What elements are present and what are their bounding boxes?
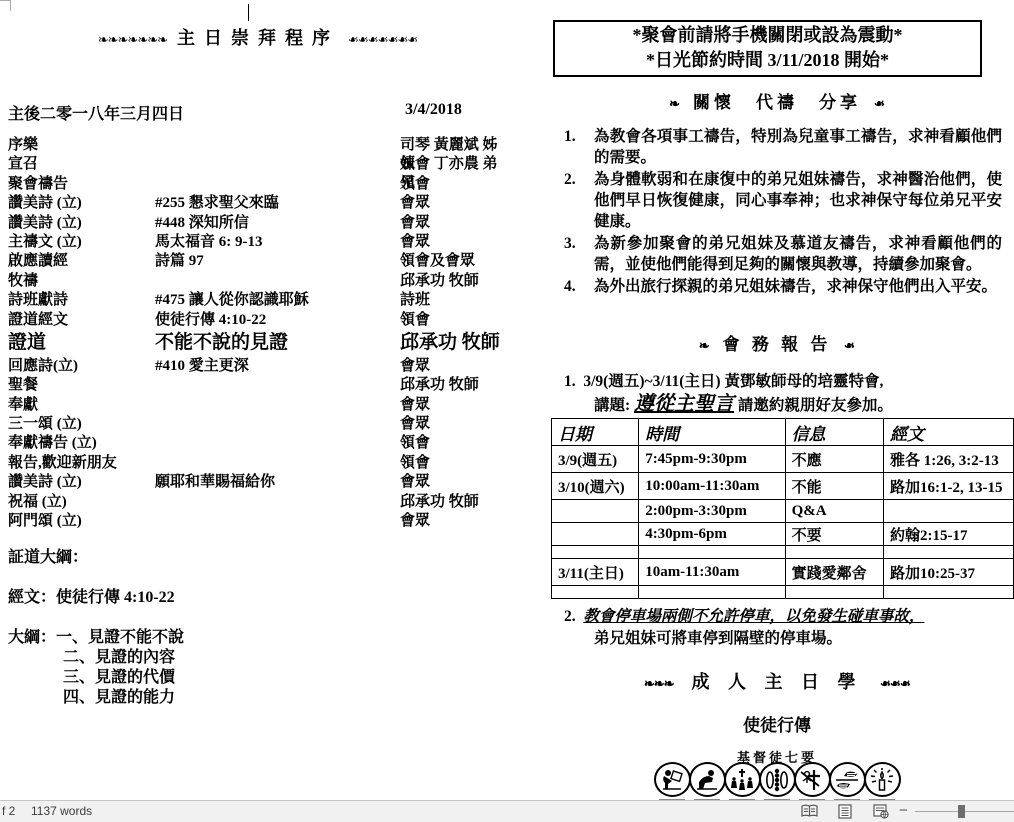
table-row	[552, 586, 1014, 599]
notice-line1: *聚會前請將手機關閉或設為震動*	[555, 23, 980, 48]
report-title-text: 會 務 報 告	[723, 335, 832, 354]
ornament-icon: ❧	[669, 96, 679, 111]
view-switcher	[800, 803, 890, 819]
program-row: 證道經文使徒行傳 4:10-22領會	[8, 311, 508, 330]
care-item: 2.為身體軟弱和在康復中的弟兄姐妹禱告，求神醫治他們，使他們早日恢復健康，同心事…	[564, 169, 1002, 232]
program-item: 讚美詩 (立)	[8, 473, 155, 492]
table-cell	[552, 523, 639, 546]
table-cell: 3/9(週五)	[552, 446, 639, 473]
program-detail: #448 深知所信	[155, 214, 400, 233]
outline-point-text: 一、見證不能不說	[56, 629, 184, 646]
program-item: 讚美詩 (立)	[8, 214, 155, 233]
communion-fish-icon	[759, 762, 796, 797]
table-row	[552, 546, 1014, 559]
revival-topic: 遵從主聖言	[634, 393, 734, 415]
care-item-number: 4.	[564, 276, 594, 297]
table-cell	[785, 546, 883, 559]
program-detail: 不能不說的見證	[155, 330, 400, 355]
program-item: 詩班獻詩	[8, 291, 155, 310]
program-row: 聚會禱告領會	[8, 175, 508, 194]
program-item: 阿門頌 (立)	[8, 512, 155, 531]
page-left: ❧❧❧❧❧❧❧主日崇拜程序❧❧❧❧❧❧❧ 主後二零一八年三月四日 3/4/201…	[8, 0, 508, 800]
program-who: 會眾	[400, 396, 508, 415]
program-item: 牧禱	[8, 272, 155, 291]
program-who: 會眾	[400, 214, 508, 233]
web-layout-icon[interactable]	[872, 803, 890, 819]
program-item: 聖餐	[8, 376, 155, 395]
outline-point: 二、見證的內容	[8, 648, 508, 668]
read-mode-icon[interactable]	[800, 803, 818, 819]
revival-schedule-table: 日期時間信息經文 3/9(週五)7:45pm-9:30pm不應雅各 1:26, …	[551, 418, 1014, 599]
ornament-chain-right: ❧❧❧❧❧❧❧	[349, 32, 418, 48]
table-body: 3/9(週五)7:45pm-9:30pm不應雅各 1:26, 3:2-133/1…	[552, 446, 1014, 599]
care-section-title: ❧關懷 代禱 分享❧	[540, 88, 1014, 113]
program-detail: 使徒行傳 4:10-22	[155, 311, 400, 330]
program-row: 序樂司琴 黃麗斌 姊妹	[8, 136, 508, 155]
program-item: 證道經文	[8, 311, 155, 330]
table-cell: 不應	[785, 446, 883, 473]
program-item: 序樂	[8, 136, 155, 155]
program-row: 宣召領會 丁亦農 弟兄	[8, 155, 508, 174]
care-item-text: 為外出旅行探親的弟兄姐妹禱告，求神保守他們出入平安。	[594, 276, 1002, 297]
table-row: 3/9(週五)7:45pm-9:30pm不應雅各 1:26, 3:2-13	[552, 446, 1014, 473]
care-item-number: 1.	[564, 126, 594, 168]
offering-hands-icon	[829, 762, 866, 797]
page-indicator[interactable]: f 2	[2, 804, 15, 818]
program-who: 會眾	[400, 233, 508, 252]
date-english: 3/4/2018	[405, 101, 462, 119]
table-cell	[552, 586, 639, 599]
table-cell	[884, 586, 1014, 599]
cross-bearing-icon	[794, 762, 831, 797]
program-detail: 願耶和華賜福給你	[155, 473, 400, 492]
worship-gathering-icon	[724, 762, 761, 797]
care-title-text: 關懷 代禱 分享	[693, 93, 861, 112]
care-item: 1.為教會各項事工禱告，特別為兒童事工禱告，求神看顧他們的需要。	[564, 126, 1002, 168]
table-header-cell: 經文	[884, 419, 1014, 446]
care-item-text: 為身體軟弱和在康復中的弟兄姐妹禱告，求神醫治他們，使他們早日恢復健康，同心事奉神…	[594, 169, 1002, 232]
table-cell: 雅各 1:26, 3:2-13	[884, 446, 1014, 473]
outline-point: 三、見證的代價	[8, 668, 508, 688]
table-cell	[639, 586, 785, 599]
table-row: 3/11(主日)10am-11:30am實踐愛鄰舍路加10:25-37	[552, 559, 1014, 586]
table-cell: 不能	[785, 473, 883, 500]
zoom-slider-thumb[interactable]	[958, 805, 965, 818]
program-who: 會眾	[400, 473, 508, 492]
program-row: 讚美詩 (立)#255 懇求聖父來臨會眾	[8, 194, 508, 213]
care-item: 4.為外出旅行探親的弟兄姐妹禱告，求神保守他們出入平安。	[564, 276, 1002, 297]
table-cell: 3/10(週六)	[552, 473, 639, 500]
table-cell	[884, 546, 1014, 559]
table-row: 4:30pm-6pm不要約翰2:15-17	[552, 523, 1014, 546]
table-cell	[552, 500, 639, 523]
program-item: 讚美詩 (立)	[8, 194, 155, 213]
sunday-school-title-text: 成 人 主 日 學	[692, 672, 863, 692]
table-cell: 路加16:1-2, 13-15	[884, 473, 1014, 500]
table-cell	[785, 586, 883, 599]
program-detail: #410 愛主更深	[155, 357, 400, 376]
program-row: 證道不能不說的見證邱承功 牧師	[8, 330, 508, 357]
program-item: 宣召	[8, 155, 155, 174]
program-item: 奉獻禱告 (立)	[8, 434, 155, 453]
program-who: 領會	[400, 175, 508, 194]
program-detail: 詩篇 97	[155, 252, 400, 271]
program-row: 阿門頌 (立)會眾	[8, 512, 508, 531]
table-cell	[639, 546, 785, 559]
word-document-window: ❧❧❧❧❧❧❧主日崇拜程序❧❧❧❧❧❧❧ 主後二零一八年三月四日 3/4/201…	[0, 0, 1014, 822]
ornament-icon: ❧❧❧	[644, 676, 674, 691]
table-cell: 3/11(主日)	[552, 559, 639, 586]
program-row: 主禱文 (立)馬太福音 6: 9-13會眾	[8, 233, 508, 252]
date-chinese: 主後二零一八年三月四日	[8, 106, 184, 123]
program-list: 序樂司琴 黃麗斌 姊妹宣召領會 丁亦農 弟兄聚會禱告領會讚美詩 (立)#255 …	[8, 136, 508, 531]
table-cell: 2:00pm-3:30pm	[639, 500, 785, 523]
sunday-school-title: ❧❧❧成 人 主 日 學❧❧❧	[540, 668, 1014, 694]
outline-point: 大綱：一、見證不能不說	[8, 628, 508, 648]
care-item-number: 2.	[564, 169, 594, 232]
report-item-1: 1. 3/9(週五)~3/11(主日) 黃鄧敏師母的培靈特會, 講題: 遵從主聖…	[564, 371, 1004, 417]
table-cell	[552, 546, 639, 559]
table-cell: 約翰2:15-17	[884, 523, 1014, 546]
program-item: 主禱文 (立)	[8, 233, 155, 252]
table-header-cell: 時間	[639, 419, 785, 446]
document-title-row: ❧❧❧❧❧❧❧主日崇拜程序❧❧❧❧❧❧❧	[8, 24, 508, 50]
word-count[interactable]: 1137 words	[31, 804, 92, 818]
report-section-title: ❧會 務 報 告❧	[540, 330, 1014, 355]
ornament-icon: ❧	[875, 96, 885, 112]
care-item-text: 為教會各項事工禱告，特別為兒童事工禱告，求神看顧他們的需要。	[594, 126, 1002, 168]
report2-line1: 2. 教會停車場兩側不允許停車，以免發生碰車事故，	[564, 606, 1004, 628]
status-bar: f 2 1137 words −	[0, 800, 1014, 822]
seven-essentials-icons	[540, 762, 1014, 802]
ornament-icon: ❧❧❧	[881, 676, 911, 692]
program-row: 聖餐邱承功 牧師	[8, 376, 508, 395]
program-detail: 馬太福音 6: 9-13	[155, 233, 400, 252]
page-right: *聚會前請將手機關閉或設為震動* *日光節約時間 3/11/2018 開始* ❧…	[540, 0, 1014, 800]
table-cell	[884, 500, 1014, 523]
table-cell: 不要	[785, 523, 883, 546]
program-who: 會眾	[400, 415, 508, 434]
table-header-cell: 信息	[785, 419, 883, 446]
program-item: 啟應讀經	[8, 252, 155, 271]
care-item-number: 3.	[564, 233, 594, 275]
outline-title: 証道大綱：	[8, 544, 508, 567]
report1-line1: 1. 3/9(週五)~3/11(主日) 黃鄧敏師母的培靈特會,	[564, 371, 1004, 393]
table-row: 2:00pm-3:30pmQ&A	[552, 500, 1014, 523]
outline-label: 大綱：	[8, 629, 56, 646]
notice-box: *聚會前請將手機關閉或設為震動* *日光節約時間 3/11/2018 開始*	[553, 20, 982, 77]
ornament-chain-left: ❧❧❧❧❧❧❧	[98, 32, 167, 47]
print-layout-icon[interactable]	[836, 803, 854, 819]
table-cell: 4:30pm-6pm	[639, 523, 785, 546]
table-row: 3/10(週六)10:00am-11:30am不能路加16:1-2, 13-15	[552, 473, 1014, 500]
table-header-cell: 日期	[552, 419, 639, 446]
table-cell: Q&A	[785, 500, 883, 523]
program-row: 牧禱邱承功 牧師	[8, 272, 508, 291]
care-prayer-list: 1.為教會各項事工禱告，特別為兒童事工禱告，求神看顧他們的需要。2.為身體軟弱和…	[564, 126, 1002, 298]
program-row: 讚美詩 (立)願耶和華賜福給你會眾	[8, 473, 508, 492]
zoom-out-button[interactable]: −	[899, 802, 908, 819]
program-item: 證道	[8, 330, 155, 355]
program-item: 報告,歡迎新朋友	[8, 454, 155, 473]
program-who: 領會及會眾	[400, 252, 508, 271]
report-item-2: 2. 教會停車場兩側不允許停車，以免發生碰車事故， 弟兄姐妹可將車停到隔壁的停車…	[564, 606, 1004, 650]
ornament-icon: ❧	[699, 338, 709, 353]
sermon-outline: 証道大綱： 經文：使徒行傳 4:10-22 大綱：一、見證不能不說二、見證的內容…	[8, 544, 508, 708]
program-row: 三一頌 (立)會眾	[8, 415, 508, 434]
program-who: 領會	[400, 311, 508, 330]
program-row: 回應詩(立)#410 愛主更深會眾	[8, 357, 508, 376]
program-item: 奉獻	[8, 396, 155, 415]
table-cell: 10am-11:30am	[639, 559, 785, 586]
program-who: 會眾	[400, 357, 508, 376]
candle-witness-icon	[864, 762, 901, 797]
program-row: 詩班獻詩#475 讓人從你認識耶穌詩班	[8, 291, 508, 310]
outline-point-text: 四、見證的能力	[63, 689, 175, 706]
program-row: 啟應讀經詩篇 97領會及會眾	[8, 252, 508, 271]
program-who: 邱承功 牧師	[400, 376, 508, 395]
table-cell: 實踐愛鄰舍	[785, 559, 883, 586]
program-item: 聚會禱告	[8, 175, 155, 194]
program-row: 報告,歡迎新朋友領會	[8, 454, 508, 473]
program-detail: #475 讓人從你認識耶穌	[155, 291, 400, 310]
care-item-text: 為新參加聚會的弟兄姐妹及慕道友禱告，求神看顧他們的需，並使他們能得到足夠的關懷與…	[594, 233, 1002, 275]
outline-point: 四、見證的能力	[8, 688, 508, 708]
bible-reading-icon	[654, 762, 691, 797]
program-who: 會眾	[400, 512, 508, 531]
program-row: 讚美詩 (立)#448 深知所信會眾	[8, 214, 508, 233]
outline-scripture: 經文：使徒行傳 4:10-22	[8, 584, 508, 607]
report2-line2: 弟兄姐妹可將車停到隔壁的停車場。	[564, 628, 1004, 650]
program-who: 領會	[400, 434, 508, 453]
program-row: 祝福 (立)邱承功 牧師	[8, 493, 508, 512]
table-cell: 7:45pm-9:30pm	[639, 446, 785, 473]
date-row: 主後二零一八年三月四日 3/4/2018	[8, 101, 508, 124]
program-who: 會眾	[400, 194, 508, 213]
ornament-icon: ❧	[845, 338, 855, 354]
table-header-row: 日期時間信息經文	[552, 419, 1014, 446]
page-title: 主日崇拜程序	[177, 28, 339, 48]
program-who: 詩班	[400, 291, 508, 310]
program-who: 邱承功 牧師	[400, 330, 508, 355]
sunday-school-topic: 使徒行傳	[540, 711, 1014, 736]
outline-points: 大綱：一、見證不能不說二、見證的內容三、見證的代價四、見證的能力	[8, 628, 508, 708]
program-detail: #255 懇求聖父來臨	[155, 194, 400, 213]
program-row: 奉獻會眾	[8, 396, 508, 415]
program-who: 邱承功 牧師	[400, 493, 508, 512]
program-item: 回應詩(立)	[8, 357, 155, 376]
notice-line2: *日光節約時間 3/11/2018 開始*	[555, 48, 980, 73]
program-row: 奉獻禱告 (立)領會	[8, 434, 508, 453]
outline-point-text: 二、見證的內容	[63, 649, 175, 666]
program-who: 領會	[400, 454, 508, 473]
program-who: 邱承功 牧師	[400, 272, 508, 291]
table-cell: 路加10:25-37	[884, 559, 1014, 586]
outline-point-text: 三、見證的代價	[63, 669, 175, 686]
program-item: 三一頌 (立)	[8, 415, 155, 434]
table-cell: 10:00am-11:30am	[639, 473, 785, 500]
report1-line2: 講題: 遵從主聖言 請邀約親朋好友參加。	[564, 393, 1004, 417]
program-item: 祝福 (立)	[8, 493, 155, 512]
prayer-kneeling-icon	[689, 762, 726, 797]
care-item: 3.為新參加聚會的弟兄姐妹及慕道友禱告，求神看顧他們的需，並使他們能得到足夠的關…	[564, 233, 1002, 275]
